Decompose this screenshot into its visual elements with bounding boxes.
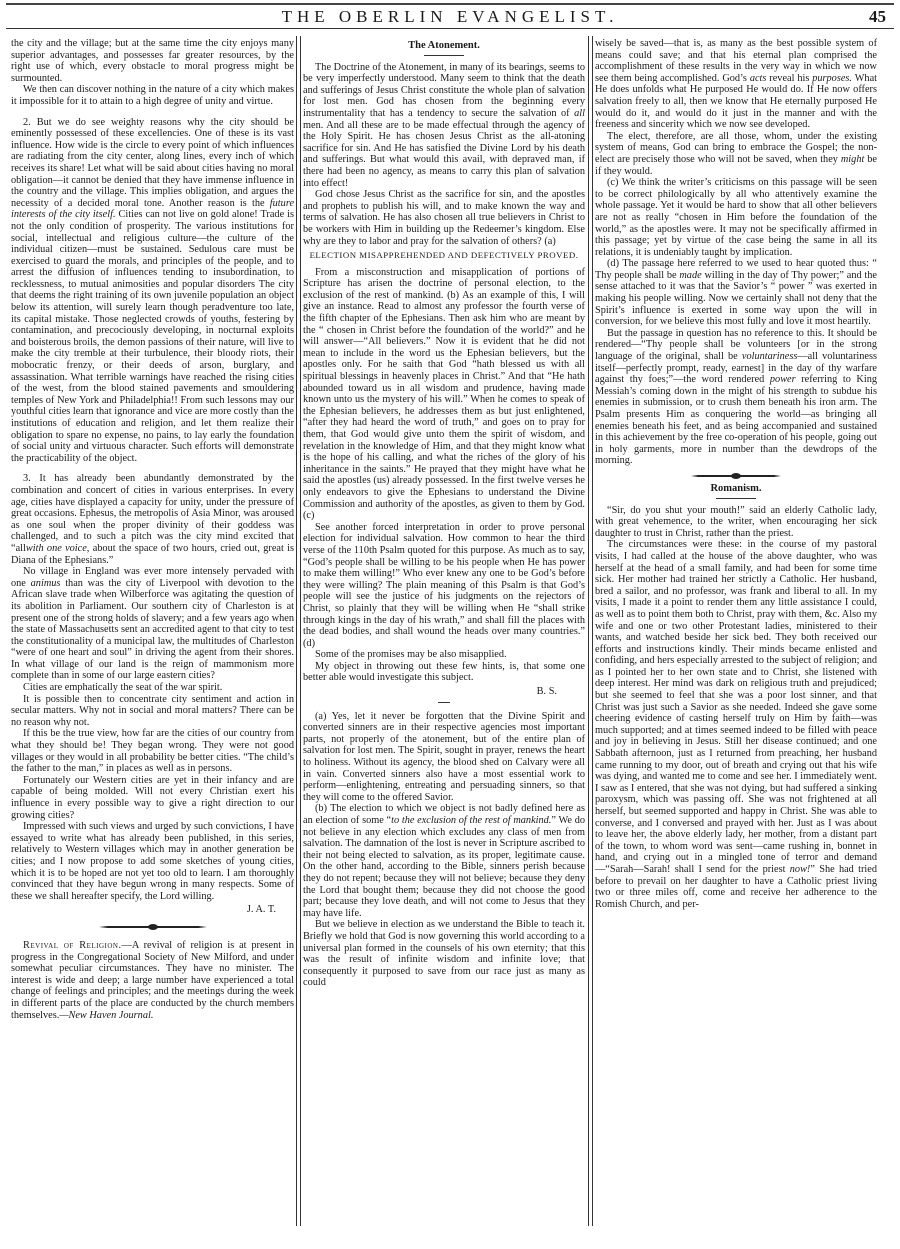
paragraph: My object in throwing out these few hint… [303,661,585,684]
newspaper-page: THE OBERLIN EVANGELIST. 45 the city and … [0,0,900,1249]
author-signature: J. A. T. [11,904,294,916]
paragraph: Fortunately our Western cities are yet i… [11,775,294,821]
author-signature: B. S. [303,686,585,698]
column-divider [588,36,593,1226]
paragraph: Cities are emphatically the seat of the … [11,682,294,694]
paragraph: the city and the village; but at the sam… [11,38,294,84]
editor-note: (a) Yes, let it never be forgotten that … [303,711,585,804]
paragraph: From a misconstruction and misapplicatio… [303,267,585,522]
paragraph: See another forced interpretation in ord… [303,522,585,650]
masthead: THE OBERLIN EVANGELIST. 45 [0,6,900,26]
paragraph: God chose Jesus Christ as the sacrifice … [303,189,585,247]
masthead-rule [6,28,894,29]
column-right: wisely be saved—that is, as many as the … [595,38,877,910]
paragraph: If this be the true view, how far are th… [11,728,294,774]
paragraph: No village in England was ever more inte… [11,566,294,682]
section-subheading: ELECTION MISAPPREHENDED AND DEFECTIVELY … [303,250,585,262]
top-rule [6,3,894,5]
editor-note: (b) The election to which we object is n… [303,803,585,919]
paragraph: But the passage in question has no refer… [595,328,877,467]
title-rule [716,498,756,499]
column-left: the city and the village; but at the sam… [11,38,294,1021]
page-number: 45 [869,7,886,27]
article-title: The Atonement. [303,40,585,52]
paragraph: The elect, therefore, are all those, who… [595,131,877,177]
title-rule [424,55,464,56]
paragraph: 2. But we do see weighty reasons why the… [11,117,294,465]
section-ornament [99,926,207,928]
paragraph: “Sir, do you shut your mouth!” said an e… [595,505,877,540]
revival-heading: Revival of Religion. [23,940,122,951]
paragraph: Impressed with such views and urged by s… [11,821,294,902]
source-attribution: —New Haven Journal. [59,1010,153,1021]
editor-note: (c) We think the writer’s criticisms on … [595,177,877,258]
paragraph: It is possible then to concentrate city … [11,694,294,729]
article-title: Romanism. [595,483,877,495]
paragraph: The Doctrine of the Atonement, in many o… [303,62,585,190]
editor-note: But we believe in election as we underst… [303,919,585,989]
paragraph: Some of the promises may be also misappl… [303,649,585,661]
publication-title: THE OBERLIN EVANGELIST. [0,7,900,27]
editor-note: (d) The passage here referred to we used… [595,258,877,328]
divider [438,702,450,703]
column-divider [296,36,301,1226]
revival-notice: Revival of Religion.—A revival of religi… [11,940,294,1021]
paragraph: wisely be saved—that is, as many as the … [595,38,877,131]
paragraph: The circumstances were these: in the cou… [595,539,877,910]
paragraph: 3. It has already been abundantly demons… [11,473,294,566]
section-ornament [691,475,781,477]
paragraph: We then can discover nothing in the natu… [11,84,294,107]
column-middle: The Atonement. The Doctrine of the Atone… [303,38,585,989]
